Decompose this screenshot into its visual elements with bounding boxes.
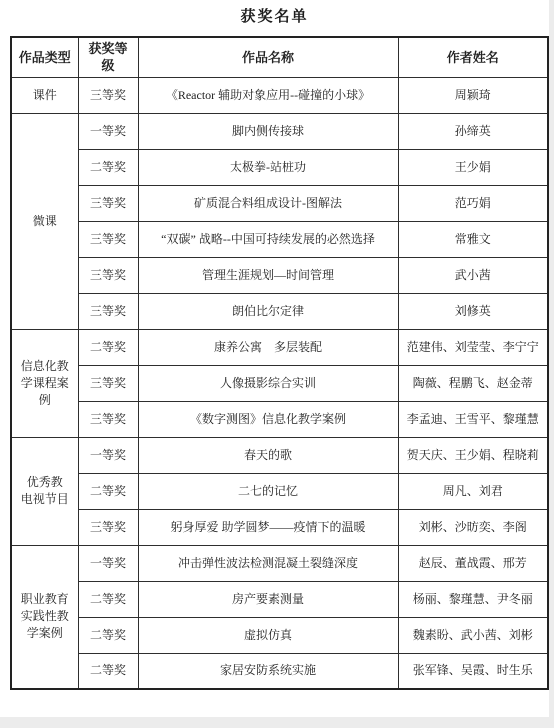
- level-cell: 一等奖: [78, 545, 138, 581]
- authors-cell: 范建伟、刘莹莹、李宁宁: [398, 329, 548, 365]
- level-cell: 三等奖: [78, 401, 138, 437]
- table-row: 三等奖人像摄影综合实训陶薇、程鹏飞、赵金蒂: [11, 365, 548, 401]
- work-cell: 冲击弹性波法检测混凝土裂缝深度: [138, 545, 398, 581]
- work-cell: 《Reactor 辅助对象应用--碰撞的小球》: [138, 77, 398, 113]
- authors-cell: 武小茜: [398, 257, 548, 293]
- authors-cell: 李孟迪、王雪平、黎瑾慧: [398, 401, 548, 437]
- table-row: 三等奖管理生涯规划—时间管理武小茜: [11, 257, 548, 293]
- table-row: 三等奖《数字测图》信息化教学案例李孟迪、王雪平、黎瑾慧: [11, 401, 548, 437]
- level-cell: 一等奖: [78, 437, 138, 473]
- level-cell: 二等奖: [78, 149, 138, 185]
- level-cell: 三等奖: [78, 293, 138, 329]
- level-cell: 三等奖: [78, 365, 138, 401]
- table-row: 三等奖矿质混合料组成设计-图解法范巧娟: [11, 185, 548, 221]
- category-cell: 优秀教 电视节目: [11, 437, 78, 545]
- header-author-name: 作者姓名: [398, 37, 548, 77]
- header-row: 作品类型 获奖等级 作品名称 作者姓名: [11, 37, 548, 77]
- work-cell: 《数字测图》信息化教学案例: [138, 401, 398, 437]
- work-cell: 人像摄影综合实训: [138, 365, 398, 401]
- authors-cell: 王少娟: [398, 149, 548, 185]
- category-cell: 信息化教 学课程案 例: [11, 329, 78, 437]
- authors-cell: 张军锋、吴霞、时生乐: [398, 653, 548, 689]
- document-page: 获奖名单 作品类型 获奖等级 作品名称 作者姓名 课件三等奖《Reactor 辅…: [0, 0, 549, 717]
- authors-cell: 周颖琦: [398, 77, 548, 113]
- table-row: 微课一等奖脚内侧传接球孙缔英: [11, 113, 548, 149]
- awards-table: 作品类型 获奖等级 作品名称 作者姓名 课件三等奖《Reactor 辅助对象应用…: [10, 36, 549, 690]
- authors-cell: 周凡、刘君: [398, 473, 548, 509]
- authors-cell: 贺天庆、王少娟、程晓莉: [398, 437, 548, 473]
- work-cell: 朗伯比尔定律: [138, 293, 398, 329]
- work-cell: 家居安防系统实施: [138, 653, 398, 689]
- level-cell: 二等奖: [78, 581, 138, 617]
- level-cell: 一等奖: [78, 113, 138, 149]
- page-title: 获奖名单: [0, 7, 549, 27]
- work-cell: 管理生涯规划—时间管理: [138, 257, 398, 293]
- authors-cell: 刘彬、沙昉奕、李阁: [398, 509, 548, 545]
- work-cell: 太极拳-站桩功: [138, 149, 398, 185]
- authors-cell: 陶薇、程鹏飞、赵金蒂: [398, 365, 548, 401]
- table-row: 三等奖“双碳” 战略--中国可持续发展的必然选择常雅文: [11, 221, 548, 257]
- authors-cell: 孙缔英: [398, 113, 548, 149]
- header-work-type: 作品类型: [11, 37, 78, 77]
- header-work-name: 作品名称: [138, 37, 398, 77]
- table-row: 信息化教 学课程案 例二等奖康养公寓 多层装配范建伟、刘莹莹、李宁宁: [11, 329, 548, 365]
- table-row: 课件三等奖《Reactor 辅助对象应用--碰撞的小球》周颖琦: [11, 77, 548, 113]
- table-row: 职业教育 实践性教 学案例一等奖冲击弹性波法检测混凝土裂缝深度赵辰、董战霞、邢芳: [11, 545, 548, 581]
- work-cell: 矿质混合料组成设计-图解法: [138, 185, 398, 221]
- level-cell: 二等奖: [78, 329, 138, 365]
- table-row: 优秀教 电视节目一等奖春天的歌贺天庆、王少娟、程晓莉: [11, 437, 548, 473]
- work-cell: 躬身厚爱 助学圆梦——疫情下的温暖: [138, 509, 398, 545]
- level-cell: 二等奖: [78, 617, 138, 653]
- work-cell: 房产要素测量: [138, 581, 398, 617]
- work-cell: 脚内侧传接球: [138, 113, 398, 149]
- work-cell: “双碳” 战略--中国可持续发展的必然选择: [138, 221, 398, 257]
- table-row: 二等奖二七的记忆周凡、刘君: [11, 473, 548, 509]
- authors-cell: 刘修英: [398, 293, 548, 329]
- table-row: 三等奖朗伯比尔定律刘修英: [11, 293, 548, 329]
- authors-cell: 常雅文: [398, 221, 548, 257]
- category-cell: 职业教育 实践性教 学案例: [11, 545, 78, 689]
- work-cell: 春天的歌: [138, 437, 398, 473]
- level-cell: 二等奖: [78, 473, 138, 509]
- table-row: 二等奖虚拟仿真魏素盼、武小茜、刘彬: [11, 617, 548, 653]
- authors-cell: 赵辰、董战霞、邢芳: [398, 545, 548, 581]
- level-cell: 三等奖: [78, 257, 138, 293]
- table-row: 二等奖房产要素测量杨丽、黎瑾慧、尹冬丽: [11, 581, 548, 617]
- table-row: 二等奖太极拳-站桩功王少娟: [11, 149, 548, 185]
- authors-cell: 杨丽、黎瑾慧、尹冬丽: [398, 581, 548, 617]
- level-cell: 三等奖: [78, 221, 138, 257]
- level-cell: 三等奖: [78, 77, 138, 113]
- authors-cell: 范巧娟: [398, 185, 548, 221]
- category-cell: 微课: [11, 113, 78, 329]
- work-cell: 二七的记忆: [138, 473, 398, 509]
- work-cell: 虚拟仿真: [138, 617, 398, 653]
- level-cell: 二等奖: [78, 653, 138, 689]
- level-cell: 三等奖: [78, 509, 138, 545]
- category-cell: 课件: [11, 77, 78, 113]
- authors-cell: 魏素盼、武小茜、刘彬: [398, 617, 548, 653]
- header-award-level: 获奖等级: [78, 37, 138, 77]
- awards-table-header: 作品类型 获奖等级 作品名称 作者姓名: [11, 37, 548, 77]
- awards-table-body: 课件三等奖《Reactor 辅助对象应用--碰撞的小球》周颖琦微课一等奖脚内侧传…: [11, 77, 548, 689]
- work-cell: 康养公寓 多层装配: [138, 329, 398, 365]
- level-cell: 三等奖: [78, 185, 138, 221]
- table-row: 二等奖家居安防系统实施张军锋、吴霞、时生乐: [11, 653, 548, 689]
- table-row: 三等奖躬身厚爱 助学圆梦——疫情下的温暖刘彬、沙昉奕、李阁: [11, 509, 548, 545]
